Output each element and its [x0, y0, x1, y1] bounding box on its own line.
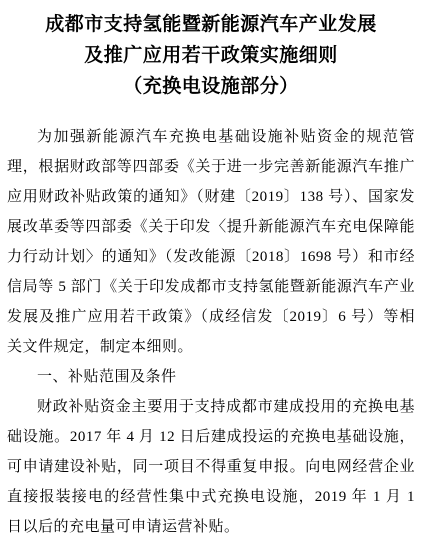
- document-title: 成都市支持氢能暨新能源汽车产业发展 及推广应用若干政策实施细则 （充换电设施部分…: [7, 9, 415, 102]
- title-line-1: 成都市支持氢能暨新能源汽车产业发展: [7, 9, 415, 40]
- section-1-paragraph: 财政补贴资金主要用于支持成都市建成投用的充换电基础设施。2017 年 4 月 1…: [7, 392, 415, 536]
- title-line-2: 及推广应用若干政策实施细则: [7, 40, 415, 71]
- document-body: 为加强新能源汽车充换电基础设施补贴资金的规范管理，根据财政部等四部委《关于进一步…: [7, 122, 415, 536]
- section-1-heading: 一、补贴范围及条件: [7, 362, 415, 392]
- intro-paragraph: 为加强新能源汽车充换电基础设施补贴资金的规范管理，根据财政部等四部委《关于进一步…: [7, 122, 415, 362]
- document-page: 成都市支持氢能暨新能源汽车产业发展 及推广应用若干政策实施细则 （充换电设施部分…: [0, 0, 422, 536]
- title-line-3: （充换电设施部分）: [7, 71, 415, 102]
